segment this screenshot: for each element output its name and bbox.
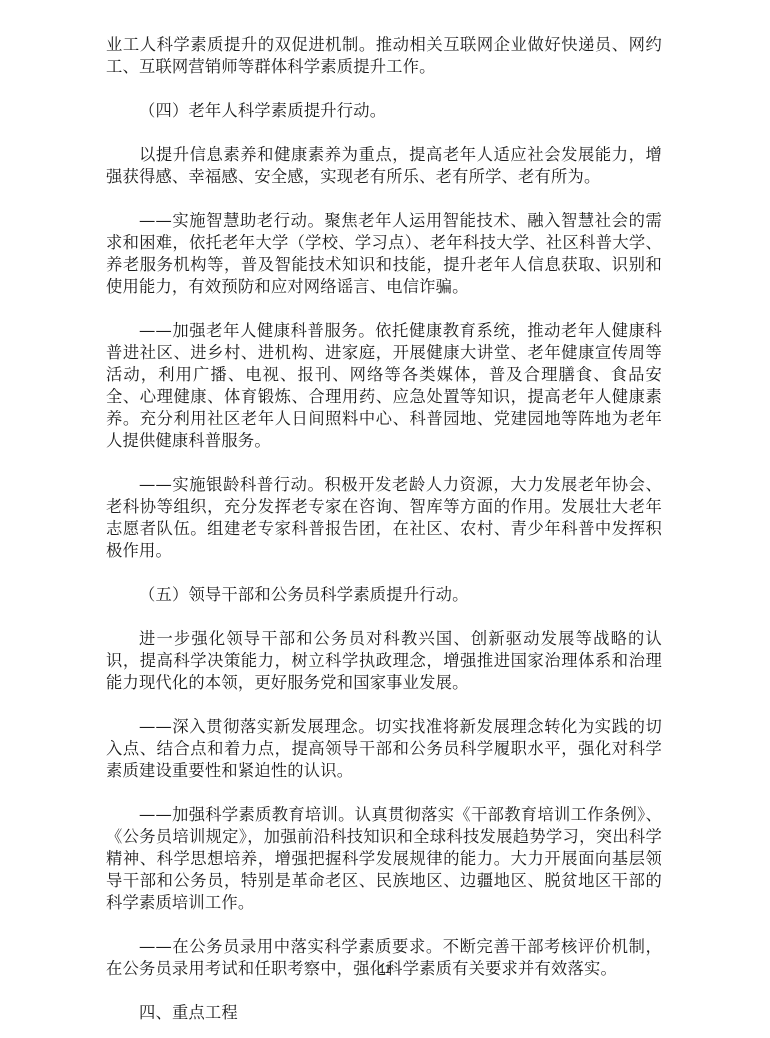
paragraph-elderly-intro: 以提升信息素养和健康素养为重点，提高老年人适应社会发展能力，增强获得感、幸福感、… xyxy=(106,144,662,188)
paragraph-new-development: ——深入贯彻落实新发展理念。切实找准将新发展理念转化为实践的切入点、结合点和着力… xyxy=(106,716,662,782)
section-heading-key-projects: 四、重点工程 xyxy=(106,1002,662,1024)
page-number: 11 xyxy=(0,962,770,976)
paragraph-training: ——加强科学素质教育培训。认真贯彻落实《干部教育培训工作条例》、《公务员培训规定… xyxy=(106,804,662,914)
paragraph-continuation: 业工人科学素质提升的双促进机制。推动相关互联网企业做好快递员、网约工、互联网营销… xyxy=(106,34,662,78)
paragraph-elderly-health: ——加强老年人健康科普服务。依托健康教育系统，推动老年人健康科普进社区、进乡村、… xyxy=(106,320,662,452)
section-heading-elderly: （四）老年人科学素质提升行动。 xyxy=(106,100,662,122)
document-page: 业工人科学素质提升的双促进机制。推动相关互联网企业做好快递员、网约工、互联网营销… xyxy=(106,34,662,1038)
section-heading-cadres: （五）领导干部和公务员科学素质提升行动。 xyxy=(106,584,662,606)
paragraph-cadres-intro: 进一步强化领导干部和公务员对科教兴国、创新驱动发展等战略的认识，提高科学决策能力… xyxy=(106,628,662,694)
paragraph-silver-age: ——实施银龄科普行动。积极开发老龄人力资源，大力发展老年协会、老科协等组织，充分… xyxy=(106,474,662,562)
paragraph-smart-elderly: ——实施智慧助老行动。聚焦老年人运用智能技术、融入智慧社会的需求和困难，依托老年… xyxy=(106,210,662,298)
